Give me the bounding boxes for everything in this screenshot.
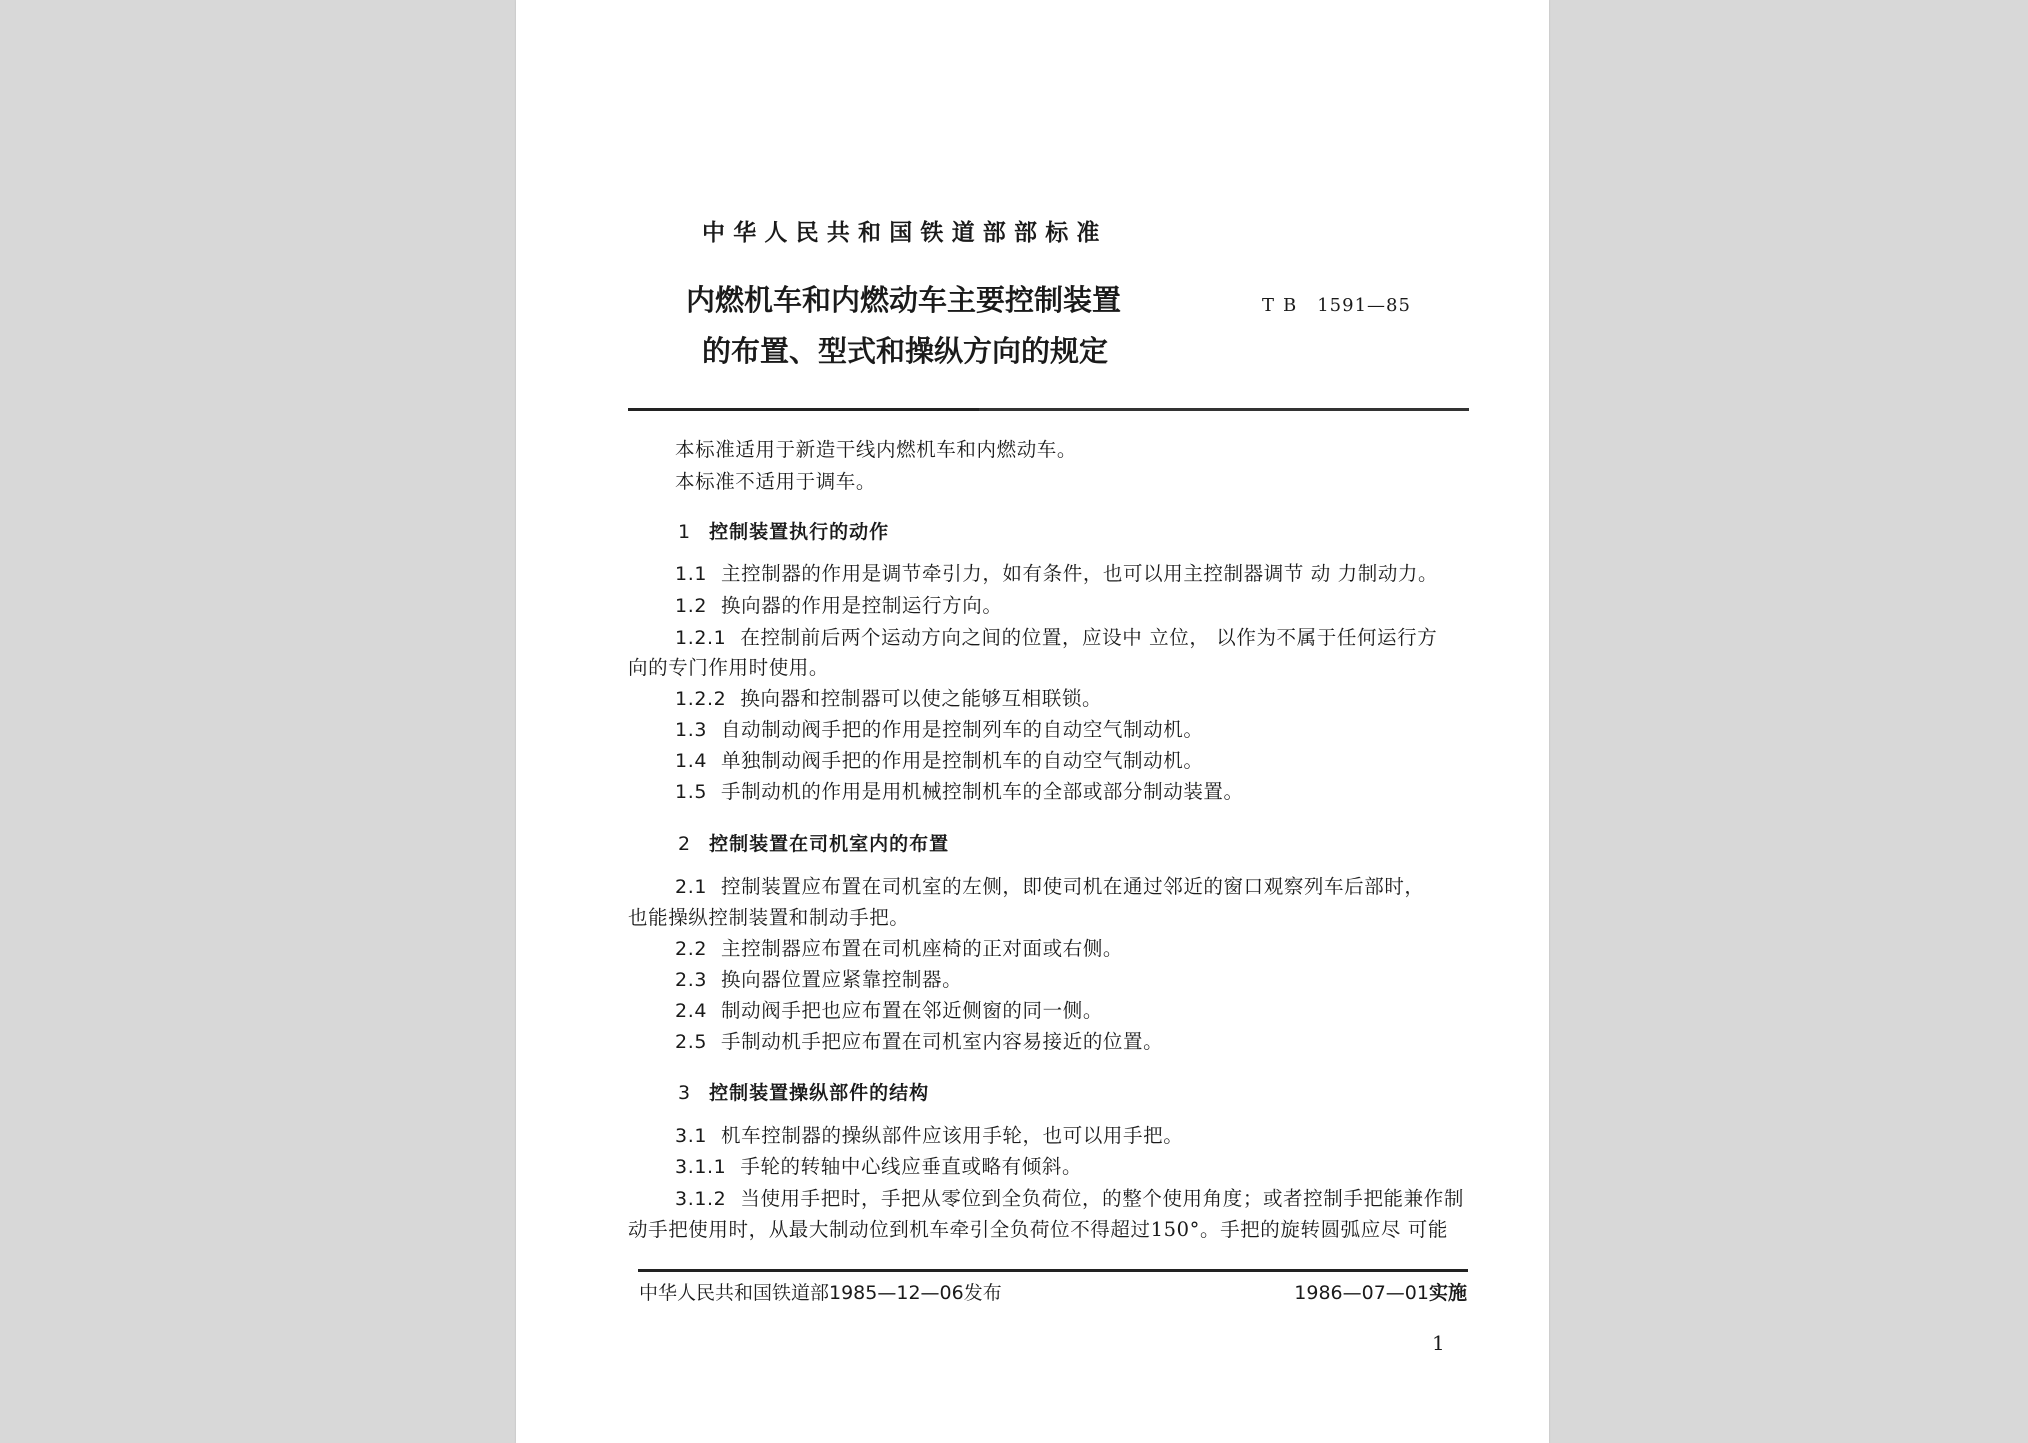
clause-text: 主控制器应布置在司机座椅的正对面或右侧。	[721, 937, 1123, 960]
section-number: 1	[678, 523, 691, 542]
clause-3-1-2-continuation: 动手把使用时，从最大制动位到机车牵引全负荷位不得超过150°。手把的旋转圆弧应尽…	[628, 1220, 1448, 1240]
clause-1-1: 1.1主控制器的作用是调节牵引力，如有条件，也可以用主控制器调节 动 力制动力。	[675, 564, 1438, 584]
clause-text: 在控制前后两个运动方向之间的位置，应设中 立位， 以作为不属于任何运行方	[740, 626, 1437, 649]
clause-2-4: 2.4制动阀手把也应布置在邻近侧窗的同一侧。	[675, 1001, 1103, 1021]
clause-number: 1.2	[675, 597, 707, 616]
clause-number: 1.4	[675, 752, 707, 771]
section-heading-2: 2控制装置在司机室内的布置	[678, 835, 949, 854]
clause-number: 1.1	[675, 565, 707, 584]
header-divider-right	[979, 408, 1469, 411]
standard-code: TB1591—85	[1262, 297, 1411, 315]
document-title-line-1: 内燃机车和内燃动车主要控制装置	[686, 286, 1121, 315]
clause-number: 3.1.1	[675, 1158, 726, 1177]
section-heading-1: 1控制装置执行的动作	[678, 523, 889, 542]
section-number: 2	[678, 835, 691, 854]
effective-statement: 1986—07—01实施	[1294, 1284, 1467, 1303]
clause-number: 1.5	[675, 783, 707, 802]
clause-1-5: 1.5手制动机的作用是用机械控制机车的全部或部分制动装置。	[675, 782, 1244, 802]
intro-line-2: 本标准不适用于调车。	[675, 472, 876, 492]
footer-divider	[638, 1269, 1468, 1272]
clause-text: 换向器和控制器可以使之能够互相联锁。	[740, 687, 1102, 710]
clause-3-1: 3.1机车控制器的操纵部件应该用手轮，也可以用手把。	[675, 1126, 1183, 1146]
clause-3-1-2: 3.1.2当使用手把时，手把从零位到全负荷位，的整个使用角度；或者控制手把能兼作…	[675, 1189, 1464, 1209]
section-title: 控制装置操纵部件的结构	[709, 1082, 929, 1104]
issue-statement: 中华人民共和国铁道部1985—12—06发布	[639, 1284, 1002, 1303]
clause-text: 手制动机手把应布置在司机室内容易接近的位置。	[721, 1030, 1163, 1053]
clause-1-4: 1.4单独制动阀手把的作用是控制机车的自动空气制动机。	[675, 751, 1203, 771]
clause-1-2-1: 1.2.1在控制前后两个运动方向之间的位置，应设中 立位， 以作为不属于任何运行…	[675, 628, 1437, 648]
clause-number: 1.2.1	[675, 629, 726, 648]
clause-3-1-1: 3.1.1手轮的转轴中心线应垂直或略有倾斜。	[675, 1157, 1082, 1177]
clause-text: 制动阀手把也应布置在邻近侧窗的同一侧。	[721, 999, 1103, 1022]
clause-number: 2.4	[675, 1002, 707, 1021]
clause-2-2: 2.2主控制器应布置在司机座椅的正对面或右侧。	[675, 939, 1123, 959]
clause-number: 2.5	[675, 1033, 707, 1052]
header-divider	[628, 408, 979, 411]
clause-number: 2.2	[675, 940, 707, 959]
section-heading-3: 3控制装置操纵部件的结构	[678, 1084, 929, 1103]
clause-2-1-continuation: 也能操纵控制装置和制动手把。	[628, 908, 909, 928]
clause-1-2: 1.2换向器的作用是控制运行方向。	[675, 596, 1002, 616]
clause-2-1: 2.1控制装置应布置在司机室的左侧，即使司机在通过邻近的窗口观察列车后部时，	[675, 877, 1425, 897]
clause-text: 当使用手把时，手把从零位到全负荷位，的整个使用角度；或者控制手把能兼作制	[740, 1187, 1464, 1210]
clause-number: 1.3	[675, 721, 707, 740]
clause-1-2-1-continuation: 向的专门作用时使用。	[628, 658, 829, 678]
section-number: 3	[678, 1084, 691, 1103]
document-page: 中华人民共和国铁道部部标准 内燃机车和内燃动车主要控制装置 的布置、型式和操纵方…	[516, 0, 1549, 1443]
clause-number: 3.1.2	[675, 1190, 726, 1209]
clause-1-2-2: 1.2.2换向器和控制器可以使之能够互相联锁。	[675, 689, 1102, 709]
intro-line-1: 本标准适用于新造干线内燃机车和内燃动车。	[675, 440, 1077, 460]
clause-2-5: 2.5手制动机手把应布置在司机室内容易接近的位置。	[675, 1032, 1163, 1052]
standard-code-number: 1591—85	[1317, 295, 1411, 316]
clause-text: 主控制器的作用是调节牵引力，如有条件，也可以用主控制器调节 动 力制动力。	[721, 562, 1438, 585]
clause-text: 换向器的作用是控制运行方向。	[721, 594, 1002, 617]
clause-text: 单独制动阀手把的作用是控制机车的自动空气制动机。	[721, 749, 1203, 772]
page-number: 1	[1432, 1333, 1445, 1353]
clause-text: 自动制动阀手把的作用是控制列车的自动空气制动机。	[721, 718, 1203, 741]
clause-1-3: 1.3自动制动阀手把的作用是控制列车的自动空气制动机。	[675, 720, 1203, 740]
document-title-line-2: 的布置、型式和操纵方向的规定	[702, 337, 1108, 366]
clause-text: 控制装置应布置在司机室的左侧，即使司机在通过邻近的窗口观察列车后部时，	[721, 875, 1425, 898]
clause-text: 手制动机的作用是用机械控制机车的全部或部分制动装置。	[721, 780, 1244, 803]
clause-number: 2.1	[675, 878, 707, 897]
clause-text: 换向器位置应紧靠控制器。	[721, 968, 962, 991]
org-header: 中华人民共和国铁道部部标准	[702, 222, 1108, 245]
section-title: 控制装置执行的动作	[709, 521, 889, 543]
standard-code-prefix: TB	[1262, 295, 1305, 316]
clause-text: 机车控制器的操纵部件应该用手轮，也可以用手把。	[721, 1124, 1183, 1147]
effective-label: 实施	[1429, 1282, 1467, 1304]
clause-number: 2.3	[675, 971, 707, 990]
clause-2-3: 2.3换向器位置应紧靠控制器。	[675, 970, 962, 990]
effective-date: 1986—07—01	[1294, 1282, 1429, 1304]
section-title: 控制装置在司机室内的布置	[709, 833, 949, 855]
clause-number: 1.2.2	[675, 690, 726, 709]
clause-text: 手轮的转轴中心线应垂直或略有倾斜。	[740, 1155, 1082, 1178]
clause-number: 3.1	[675, 1127, 707, 1146]
